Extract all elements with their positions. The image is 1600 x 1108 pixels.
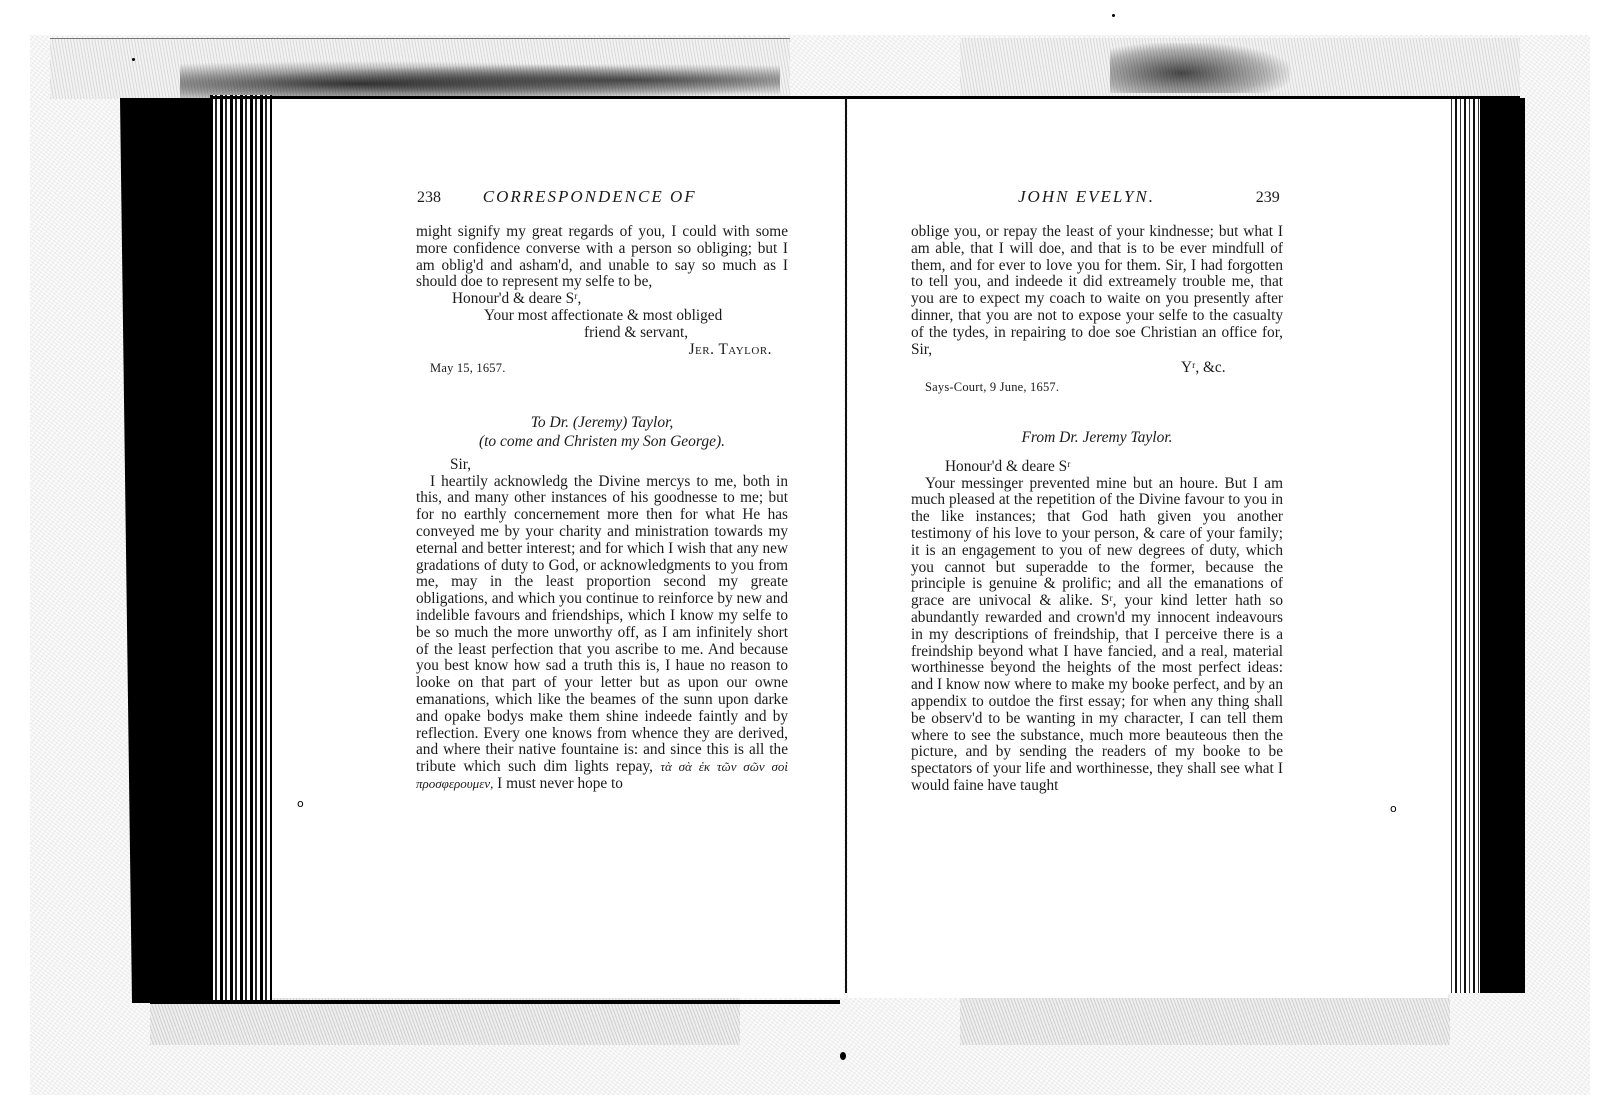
letter-greeting: Honour'd & deare Sʳ — [911, 459, 1283, 476]
left-fore-edge — [210, 95, 272, 1000]
left-page-text: might signify my great regards of you, I… — [416, 224, 788, 793]
book-bottom-edge — [150, 1000, 840, 1004]
running-title: CORRESPONDENCE OF — [483, 187, 697, 206]
letter-body: I heartily acknowledg the Divine mercys … — [416, 474, 788, 793]
cover-stain — [180, 61, 780, 99]
letter-body-end: I must never hope to — [493, 775, 623, 792]
page-number: 238 — [417, 189, 441, 206]
continued-paragraph: might signify my great regards of you, I… — [416, 224, 788, 291]
book-cover-top-right — [960, 38, 1520, 98]
letter-body: Your messinger prevented mine but an hou… — [911, 476, 1283, 795]
book-top-edge — [210, 96, 1520, 99]
signature: Jer. Taylor. — [416, 342, 788, 359]
letter-date: May 15, 1657. — [416, 360, 788, 377]
closing-line: Your most affectionate & most obliged — [416, 308, 788, 325]
letter-subheading: (to come and Christen my Son George). — [416, 434, 788, 451]
letter-greeting: Sir, — [416, 457, 788, 474]
right-fore-edge — [1448, 98, 1480, 993]
book-cover-bottom-right — [960, 995, 1450, 1045]
book-cover-top-left — [50, 38, 790, 99]
margin-mark: o — [297, 797, 304, 810]
right-page-stack-shadow — [1480, 98, 1525, 993]
letter-body-text: I heartily acknowledg the Divine mercys … — [416, 473, 788, 776]
letter-heading: To Dr. (Jeremy) Taylor, — [416, 415, 788, 432]
closing: Yʳ, &c. — [911, 360, 1283, 377]
scan-speck — [132, 58, 135, 61]
letter-heading: From Dr. Jeremy Taylor. — [911, 430, 1283, 447]
right-running-head: JOHN EVELYN. 239 — [1018, 187, 1280, 207]
cover-stain — [1110, 43, 1290, 93]
page-number: 239 — [1256, 189, 1280, 206]
right-page-text: oblige you, or repay the least of your k… — [911, 224, 1283, 795]
running-title: JOHN EVELYN. — [1018, 187, 1155, 206]
continued-paragraph: oblige you, or repay the least of your k… — [911, 224, 1283, 358]
book-gutter — [845, 98, 847, 993]
closing-salutation: Honour'd & deare Sʳ, — [416, 291, 788, 308]
left-running-head: 238 CORRESPONDENCE OF — [417, 187, 697, 207]
scan-speck — [840, 1052, 846, 1060]
scan-speck — [1112, 14, 1115, 17]
letter-date: Says-Court, 9 June, 1657. — [911, 379, 1283, 396]
closing-line: friend & servant, — [416, 325, 788, 342]
margin-mark: o — [1390, 802, 1397, 815]
